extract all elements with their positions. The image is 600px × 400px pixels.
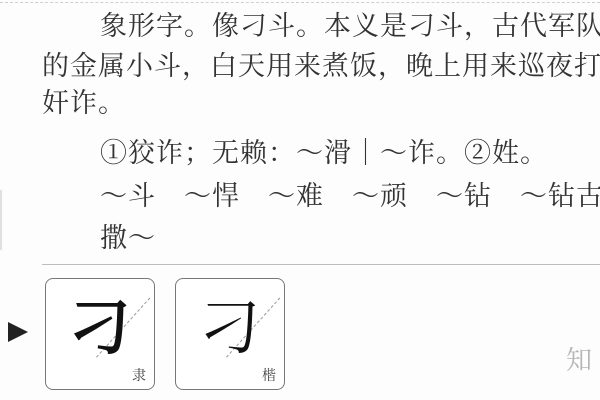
pointer-triangle-icon: [8, 322, 28, 342]
etymology-line-3: 奸诈。: [42, 87, 126, 121]
glyph-card-clerical: 刁 隶: [45, 278, 155, 390]
glyph-card-regular: 刁 楷: [175, 278, 285, 390]
compounds-line: ～斗 ～悍 ～难 ～顽 ～钻 ～钻古: [100, 180, 600, 214]
definition-line: ①狡诈；无赖：～滑｜～诈。②姓。: [100, 137, 548, 171]
etymology-line-2: 的金属小斗，白天用来煮饭，晚上用来巡夜打: [42, 50, 600, 84]
glyph-character: 刁: [176, 283, 284, 373]
watermark-text: 知: [566, 340, 592, 377]
page-edge-mark: [0, 190, 2, 250]
compounds-line-2: 撒～: [100, 222, 156, 256]
top-dashed-border: [0, 2, 600, 3]
etymology-line-1: 象形字。像刁斗。本义是刁斗，古代军队: [100, 10, 600, 44]
script-label: 楷: [262, 365, 276, 385]
section-separator: [42, 264, 600, 265]
script-label: 隶: [132, 365, 146, 385]
glyph-character: 刁: [46, 283, 154, 373]
